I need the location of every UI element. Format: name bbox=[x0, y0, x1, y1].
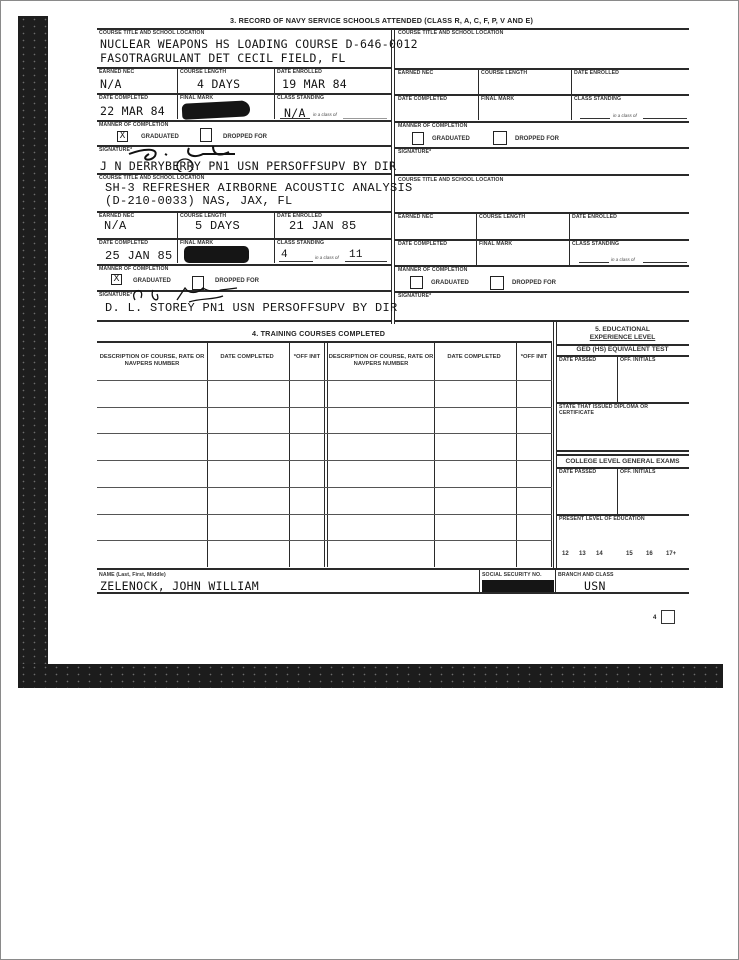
ssn-redaction bbox=[482, 580, 554, 592]
rule bbox=[280, 118, 310, 119]
rule bbox=[345, 261, 387, 262]
rule bbox=[617, 355, 618, 402]
section-5-title-line-2: EXPERIENCE LEVEL bbox=[556, 334, 689, 341]
rule bbox=[643, 262, 687, 263]
rule bbox=[97, 211, 391, 213]
state-issued-label: STATE THAT ISSUED DIPLOMA OR CERTIFICATE bbox=[559, 404, 669, 416]
dropped-for-label: DROPPED FOR bbox=[223, 134, 267, 140]
rule bbox=[617, 467, 618, 514]
course-length-label: COURSE LENGTH bbox=[180, 69, 226, 75]
graduated-label: GRADUATED bbox=[432, 136, 470, 142]
signature-typed-name[interactable]: D. L. STOREY PN1 USN PERSOFFSUPV BY DIR bbox=[105, 301, 398, 315]
dropped-for-checkbox[interactable] bbox=[490, 276, 504, 290]
date-completed-label: DATE COMPLETED bbox=[398, 96, 447, 102]
clep-date-passed-label: DATE PASSED bbox=[559, 469, 596, 475]
class-standing-label: CLASS STANDING bbox=[277, 95, 324, 101]
rule bbox=[555, 570, 556, 592]
ssn-label: SOCIAL SECURITY NO. bbox=[482, 572, 542, 578]
course-title-line-2[interactable]: (D-210-0033) NAS, JAX, FL bbox=[105, 194, 293, 208]
course-length-label: COURSE LENGTH bbox=[479, 214, 525, 220]
level-option[interactable]: 15 bbox=[626, 551, 633, 557]
rule bbox=[394, 212, 689, 214]
class-standing-label: CLASS STANDING bbox=[277, 240, 324, 246]
in-a-class-of-label: in a class of bbox=[613, 113, 637, 118]
rule bbox=[579, 262, 609, 263]
signature-typed-name[interactable]: J N DERRYBERRY PN1 USN PERSOFFSUPV BY DI… bbox=[100, 159, 396, 173]
level-option[interactable]: 16 bbox=[646, 551, 653, 557]
manner-of-completion-label: MANNER OF COMPLETION bbox=[99, 266, 168, 272]
date-enrolled-value[interactable]: 21 JAN 85 bbox=[289, 219, 357, 233]
earned-nec-label: EARNED NEC bbox=[99, 69, 134, 75]
final-mark-redaction bbox=[184, 246, 249, 263]
in-a-class-of-label: in a class of bbox=[611, 257, 635, 262]
rule bbox=[394, 291, 689, 293]
final-mark-label: FINAL MARK bbox=[479, 241, 512, 247]
rule bbox=[97, 568, 689, 570]
date-completed-value[interactable]: 22 MAR 84 bbox=[100, 104, 165, 118]
course-length-value[interactable]: 4 DAYS bbox=[197, 77, 240, 91]
graduated-checkbox[interactable] bbox=[410, 276, 423, 289]
page-frame bbox=[0, 0, 739, 960]
name-label: NAME (Last, First, Middle) bbox=[99, 572, 166, 578]
table-row[interactable] bbox=[97, 514, 552, 515]
course-title-label: COURSE TITLE AND SCHOOL LOCATION bbox=[398, 30, 503, 36]
manner-of-completion-label: MANNER OF COMPLETION bbox=[398, 123, 467, 129]
branch-label: BRANCH AND CLASS bbox=[558, 572, 614, 578]
graduated-label: GRADUATED bbox=[431, 280, 469, 286]
ged-off-initials-label: OFF. INITIALS bbox=[620, 357, 656, 363]
page-number-box bbox=[661, 610, 675, 624]
rule bbox=[289, 341, 290, 567]
rule bbox=[97, 67, 391, 69]
date-enrolled-value[interactable]: 19 MAR 84 bbox=[282, 77, 347, 91]
final-mark-label: FINAL MARK bbox=[481, 96, 514, 102]
scan-shadow-left bbox=[18, 16, 48, 688]
rule bbox=[324, 341, 325, 567]
section-5-title-line-1: 5. EDUCATIONAL bbox=[556, 326, 689, 333]
col-header-description: DESCRIPTION OF COURSE, RATE OR NAVPERS N… bbox=[97, 354, 207, 368]
rule bbox=[394, 147, 689, 149]
table-row[interactable] bbox=[97, 433, 552, 434]
rule bbox=[394, 174, 689, 176]
course-length-label: COURSE LENGTH bbox=[481, 70, 527, 76]
rule bbox=[580, 118, 610, 119]
rule bbox=[394, 68, 689, 70]
class-standing-value[interactable]: 4 bbox=[281, 249, 288, 261]
table-row[interactable] bbox=[97, 380, 552, 381]
graduated-label: GRADUATED bbox=[141, 134, 179, 140]
clep-off-initials-label: OFF. INITIALS bbox=[620, 469, 656, 475]
course-title-line-2[interactable]: FASOTRAGRULANT DET CECIL FIELD, FL bbox=[100, 51, 346, 65]
section-3-title: 3. RECORD OF NAVY SERVICE SCHOOLS ATTEND… bbox=[230, 16, 533, 25]
manner-of-completion-label: MANNER OF COMPLETION bbox=[99, 122, 168, 128]
date-completed-label: DATE COMPLETED bbox=[99, 95, 148, 101]
earned-nec-label: EARNED NEC bbox=[398, 70, 433, 76]
class-standing-label: CLASS STANDING bbox=[574, 96, 621, 102]
section-4-title: 4. TRAINING COURSES COMPLETED bbox=[252, 329, 385, 338]
rule bbox=[394, 320, 689, 322]
in-a-class-of-label: in a class of bbox=[313, 112, 337, 117]
course-title-line-1[interactable]: SH-3 REFRESHER AIRBORNE ACOUSTIC ANALYSI… bbox=[105, 181, 413, 195]
course-title-label: COURSE TITLE AND SCHOOL LOCATION bbox=[398, 177, 503, 183]
date-completed-label: DATE COMPLETED bbox=[99, 240, 148, 246]
dropped-for-label: DROPPED FOR bbox=[512, 280, 556, 286]
course-title-label: COURSE TITLE AND SCHOOL LOCATION bbox=[99, 30, 204, 36]
rule bbox=[177, 211, 178, 263]
column-divider bbox=[394, 28, 395, 324]
scan-shadow-bottom bbox=[18, 664, 723, 688]
date-completed-label: DATE COMPLETED bbox=[398, 241, 447, 247]
rule bbox=[479, 570, 480, 592]
graduated-checkbox[interactable] bbox=[412, 132, 424, 145]
table-row[interactable] bbox=[97, 460, 552, 461]
rule bbox=[97, 592, 689, 594]
date-enrolled-label: DATE ENROLLED bbox=[574, 70, 619, 76]
col-header-off-init: *OFF INIT bbox=[517, 354, 551, 361]
level-option[interactable]: 17+ bbox=[666, 551, 676, 557]
date-enrolled-label: DATE ENROLLED bbox=[572, 214, 617, 220]
rule bbox=[279, 261, 313, 262]
signature-label: SIGNATURE* bbox=[398, 293, 431, 299]
graduated-checkbox[interactable]: X bbox=[117, 131, 128, 142]
rule bbox=[434, 341, 435, 567]
signature-label: SIGNATURE* bbox=[398, 149, 431, 155]
earned-nec-label: EARNED NEC bbox=[398, 214, 433, 220]
final-mark-label: FINAL MARK bbox=[180, 95, 213, 101]
col-header-description: DESCRIPTION OF COURSE, RATE OR NAVPERS N… bbox=[328, 354, 434, 368]
rule bbox=[556, 450, 689, 452]
rule bbox=[327, 341, 328, 567]
rule bbox=[516, 341, 517, 567]
course-title-line-1[interactable]: NUCLEAR WEAPONS HS LOADING COURSE D-646-… bbox=[100, 37, 418, 51]
rule bbox=[274, 211, 275, 263]
class-size-value[interactable]: 11 bbox=[349, 249, 363, 261]
level-option[interactable]: 12 bbox=[562, 551, 569, 557]
page-number: 4 bbox=[653, 615, 656, 621]
table-row[interactable] bbox=[97, 540, 552, 541]
in-a-class-of-label: in a class of bbox=[315, 255, 339, 260]
graduated-checkbox[interactable]: X bbox=[111, 274, 122, 285]
rule bbox=[643, 118, 687, 119]
rule bbox=[556, 454, 557, 568]
manner-of-completion-label: MANNER OF COMPLETION bbox=[398, 267, 467, 273]
col-header-off-init: *OFF INIT bbox=[290, 354, 324, 361]
column-divider bbox=[391, 28, 392, 324]
branch-value[interactable]: USN bbox=[584, 579, 606, 593]
date-completed-value[interactable]: 25 JAN 85 bbox=[105, 249, 173, 263]
ged-header: GED (HS) EQUIVALENT TEST bbox=[556, 346, 689, 353]
rule bbox=[207, 341, 208, 567]
dropped-for-checkbox[interactable] bbox=[200, 128, 212, 142]
present-level-label: PRESENT LEVEL OF EDUCATION bbox=[559, 516, 645, 522]
date-enrolled-label: DATE ENROLLED bbox=[277, 69, 322, 75]
earned-nec-value[interactable]: N/A bbox=[100, 77, 122, 91]
earned-nec-value[interactable]: N/A bbox=[104, 219, 127, 233]
table-row[interactable] bbox=[97, 407, 552, 408]
rule bbox=[553, 322, 554, 568]
ged-date-passed-label: DATE PASSED bbox=[559, 357, 596, 363]
level-option[interactable]: 14 bbox=[596, 551, 603, 557]
col-header-date-completed: DATE COMPLETED bbox=[439, 354, 509, 361]
name-value[interactable]: ZELENOCK, JOHN WILLIAM bbox=[100, 579, 259, 593]
rule bbox=[97, 320, 391, 322]
dropped-for-checkbox[interactable] bbox=[493, 131, 507, 145]
dropped-for-label: DROPPED FOR bbox=[515, 136, 559, 142]
course-length-value[interactable]: 5 DAYS bbox=[195, 219, 240, 233]
rule bbox=[556, 454, 689, 456]
level-option[interactable]: 13 bbox=[579, 551, 586, 557]
rule bbox=[343, 118, 387, 119]
clep-header: COLLEGE LEVEL GENERAL EXAMS bbox=[556, 458, 689, 465]
table-row[interactable] bbox=[97, 487, 552, 488]
class-standing-label: CLASS STANDING bbox=[572, 241, 619, 247]
col-header-date-completed: DATE COMPLETED bbox=[212, 354, 282, 361]
